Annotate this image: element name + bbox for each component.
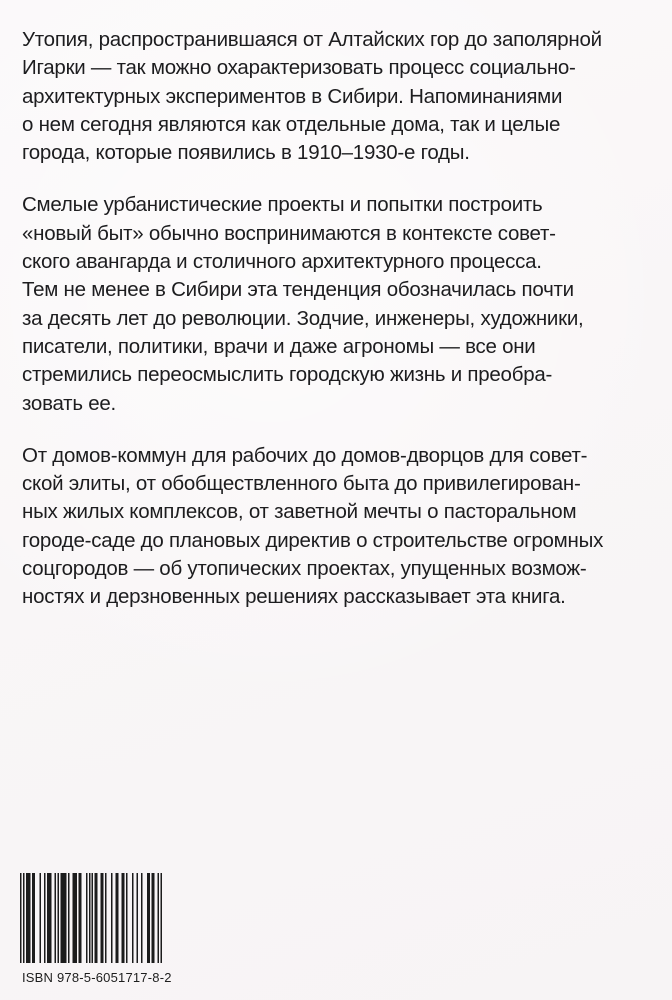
blurb-paragraph-1: Утопия, распространившаяся от Алтайских … [22, 26, 662, 167]
blurb-paragraph-2: Смелые урбанистические проекты и попытки… [22, 191, 662, 417]
blurb-paragraph-3: От домов-коммун для рабочих до домов-дво… [22, 442, 662, 612]
book-back-cover: Утопия, распространившаяся от Алтайских … [0, 0, 672, 1000]
isbn-text: ISBN 978-5-6051717-8-2 [22, 970, 170, 985]
isbn-barcode-block: ISBN 978-5-6051717-8-2 [20, 873, 170, 985]
blurb-text-block: Утопия, распространившаяся от Алтайских … [22, 26, 662, 612]
isbn-barcode [20, 873, 162, 963]
